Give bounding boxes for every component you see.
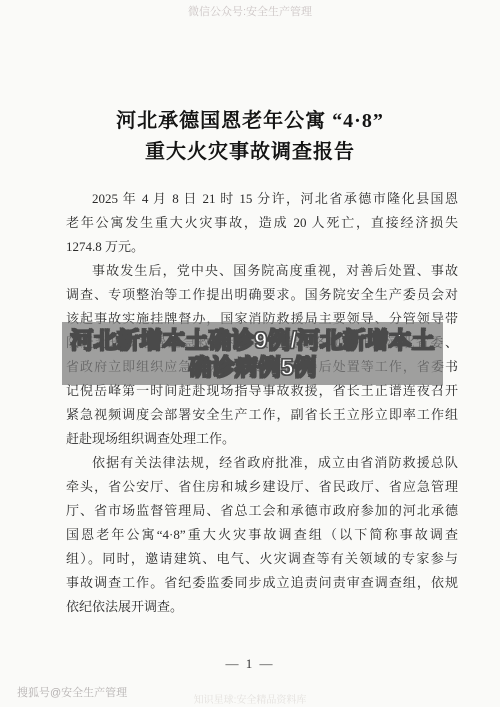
body-line: 依纪依法展开调查。 <box>66 595 458 619</box>
body-line: 2025 年 4 月 8 日 21 时 15 分许，河北省承德市隆化县国恩 <box>66 187 458 211</box>
title-line-2: 重大火灾事故调查报告 <box>0 137 500 168</box>
body-line: 事故发生后，党中央、国务院高度重视，对善后处置、事故 <box>66 259 458 283</box>
body-line: 依据有关法律法规，经省政府批准，成立由省消防救援总队 <box>66 451 458 475</box>
overlay-headline-line-2: 确诊病例5例 <box>189 354 317 381</box>
overlay-headline-line-1: 河北新增本土确诊9例/河北新增本土 <box>70 327 434 354</box>
document-body: 2025 年 4 月 8 日 21 时 15 分许，河北省承德市隆化县国恩 老年… <box>66 187 458 619</box>
body-line: 牵头，省公安厅、省住房和城乡建设厅、省民政厅、省应急管理 <box>66 475 458 499</box>
body-line: 赶赴现场组织调查处理工作。 <box>66 427 458 451</box>
watermark-bottom-center: 知识星球:安全精品资料库 <box>0 691 500 706</box>
body-line: 调查、专项整治等工作提出明确要求。国务院安全生产委员会对 <box>66 283 458 307</box>
page-number: — 1 — <box>0 656 500 672</box>
body-line: 1274.8 万元。 <box>66 235 458 259</box>
watermark-top: 微信公众号:安全生产管理 <box>0 3 500 19</box>
body-line: 国恩老年公寓“4·8”重大火灾事故调查组（以下简称事故调查 <box>66 523 458 547</box>
body-line: 老年公寓发生重大火灾事故，造成 20 人死亡，直接经济损失 <box>66 211 458 235</box>
body-line: 事故调查工作。省纪委监委同步成立追责问责审查调查组，依规 <box>66 571 458 595</box>
body-line: 组）。同时，邀请建筑、电气、火灾调查等有关领域的专家参与 <box>66 547 458 571</box>
headline-overlay-banner: 河北新增本土确诊9例/河北新增本土 确诊病例5例 <box>62 322 443 385</box>
document-page: 微信公众号:安全生产管理 河北承德国恩老年公寓 “4·8” 重大火灾事故调查报告… <box>0 0 500 707</box>
body-line: 厅、省市场监督管理局、省总工会和承德市政府参加的河北承德 <box>66 499 458 523</box>
body-line: 紧急视频调度会部署安全生产工作，副省长王立彤立即率工作组 <box>66 403 458 427</box>
document-title: 河北承德国恩老年公寓 “4·8” 重大火灾事故调查报告 <box>0 106 500 168</box>
title-line-1: 河北承德国恩老年公寓 “4·8” <box>0 106 500 137</box>
